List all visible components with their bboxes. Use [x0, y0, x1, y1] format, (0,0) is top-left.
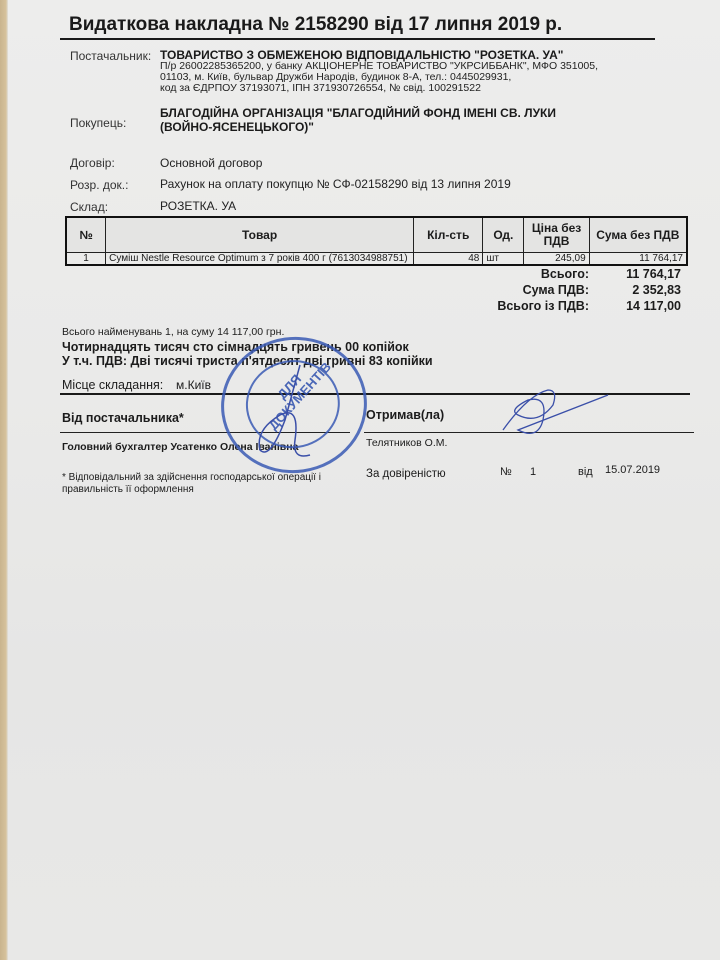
row-unit: шт [483, 253, 524, 266]
col-price: Ціна без ПДВ [524, 217, 589, 253]
contract-label: Договір: [70, 156, 115, 170]
col-item: Товар [106, 217, 414, 253]
total-label: Всього: [428, 266, 590, 282]
totals-block: Всього:11 764,17 Сума ПДВ:2 352,83 Всьог… [428, 266, 682, 314]
row-number: 1 [66, 253, 106, 266]
col-qty: Кіл-сть [414, 217, 483, 253]
proxy-date-label: від [578, 466, 593, 478]
place-label: Місце складання: [62, 378, 163, 392]
col-unit: Од. [483, 217, 524, 253]
buyer-name-1: БЛАГОДІЙНА ОРГАНІЗАЦІЯ "БЛАГОДІЙНИЙ ФОНД… [160, 106, 556, 120]
payment-doc-value: Рахунок на оплату покупцю № СФ-02158290 … [160, 177, 511, 191]
proxy-number-label: № [500, 466, 512, 478]
proxy-number: 1 [530, 466, 536, 478]
warehouse-value: РОЗЕТКА. УА [160, 199, 236, 213]
col-sum: Сума без ПДВ [589, 217, 687, 253]
place-value: м.Київ [176, 378, 211, 392]
warehouse-label: Склад: [70, 200, 108, 214]
vat-value: 2 352,83 [590, 282, 682, 298]
row-qty: 48 [414, 253, 483, 266]
receiver-signature-icon [498, 385, 618, 435]
total-with-vat-label: Всього із ПДВ: [428, 298, 590, 314]
total-with-vat-value: 14 117,00 [590, 298, 682, 314]
proxy-date: 15.07.2019 [605, 464, 660, 476]
footnote-line-1: * Відповідальний за здійснення господарс… [62, 472, 321, 483]
table-row: 1 Суміш Nestle Resource Optimum з 7 рокі… [66, 253, 687, 266]
goods-table: № Товар Кіл-сть Од. Ціна без ПДВ Сума бе… [65, 216, 688, 266]
supplier-label: Постачальник: [70, 49, 151, 63]
total-value: 11 764,17 [590, 266, 682, 282]
supplier-signature-icon [240, 360, 330, 470]
vat-label: Сума ПДВ: [428, 282, 590, 298]
row-price: 245,09 [524, 253, 589, 266]
title-rule [60, 38, 655, 40]
amount-in-words: Чотирнадцять тисяч сто сімнадцять гривен… [62, 340, 409, 354]
document-title: Видаткова накладна № 2158290 від 17 липн… [69, 14, 562, 36]
from-supplier-label: Від постачальника* [62, 411, 184, 425]
buyer-label: Покупець: [70, 116, 126, 130]
row-sum: 11 764,17 [589, 253, 687, 266]
supplier-details-3: код за ЄДРПОУ 37193071, ІПН 371930726554… [160, 83, 481, 95]
proxy-label: За довіреністю [366, 468, 446, 480]
table-header-row: № Товар Кіл-сть Од. Ціна без ПДВ Сума бе… [66, 217, 687, 253]
summary-line: Всього найменувань 1, на суму 14 117,00 … [62, 326, 284, 338]
row-item: Суміш Nestle Resource Optimum з 7 років … [106, 253, 414, 266]
footnote-line-2: правильність її оформлення [62, 484, 194, 495]
receiver-signer: Телятников О.М. [366, 437, 447, 449]
received-label: Отримав(ла) [366, 408, 444, 422]
invoice-page: Видаткова накладна № 2158290 від 17 липн… [8, 0, 720, 960]
contract-value: Основной договор [160, 156, 262, 170]
buyer-name-2: (ВОЙНО-ЯСЕНЕЦЬКОГО)" [160, 120, 314, 134]
payment-doc-label: Розр. док.: [70, 178, 128, 192]
col-number: № [66, 217, 106, 253]
